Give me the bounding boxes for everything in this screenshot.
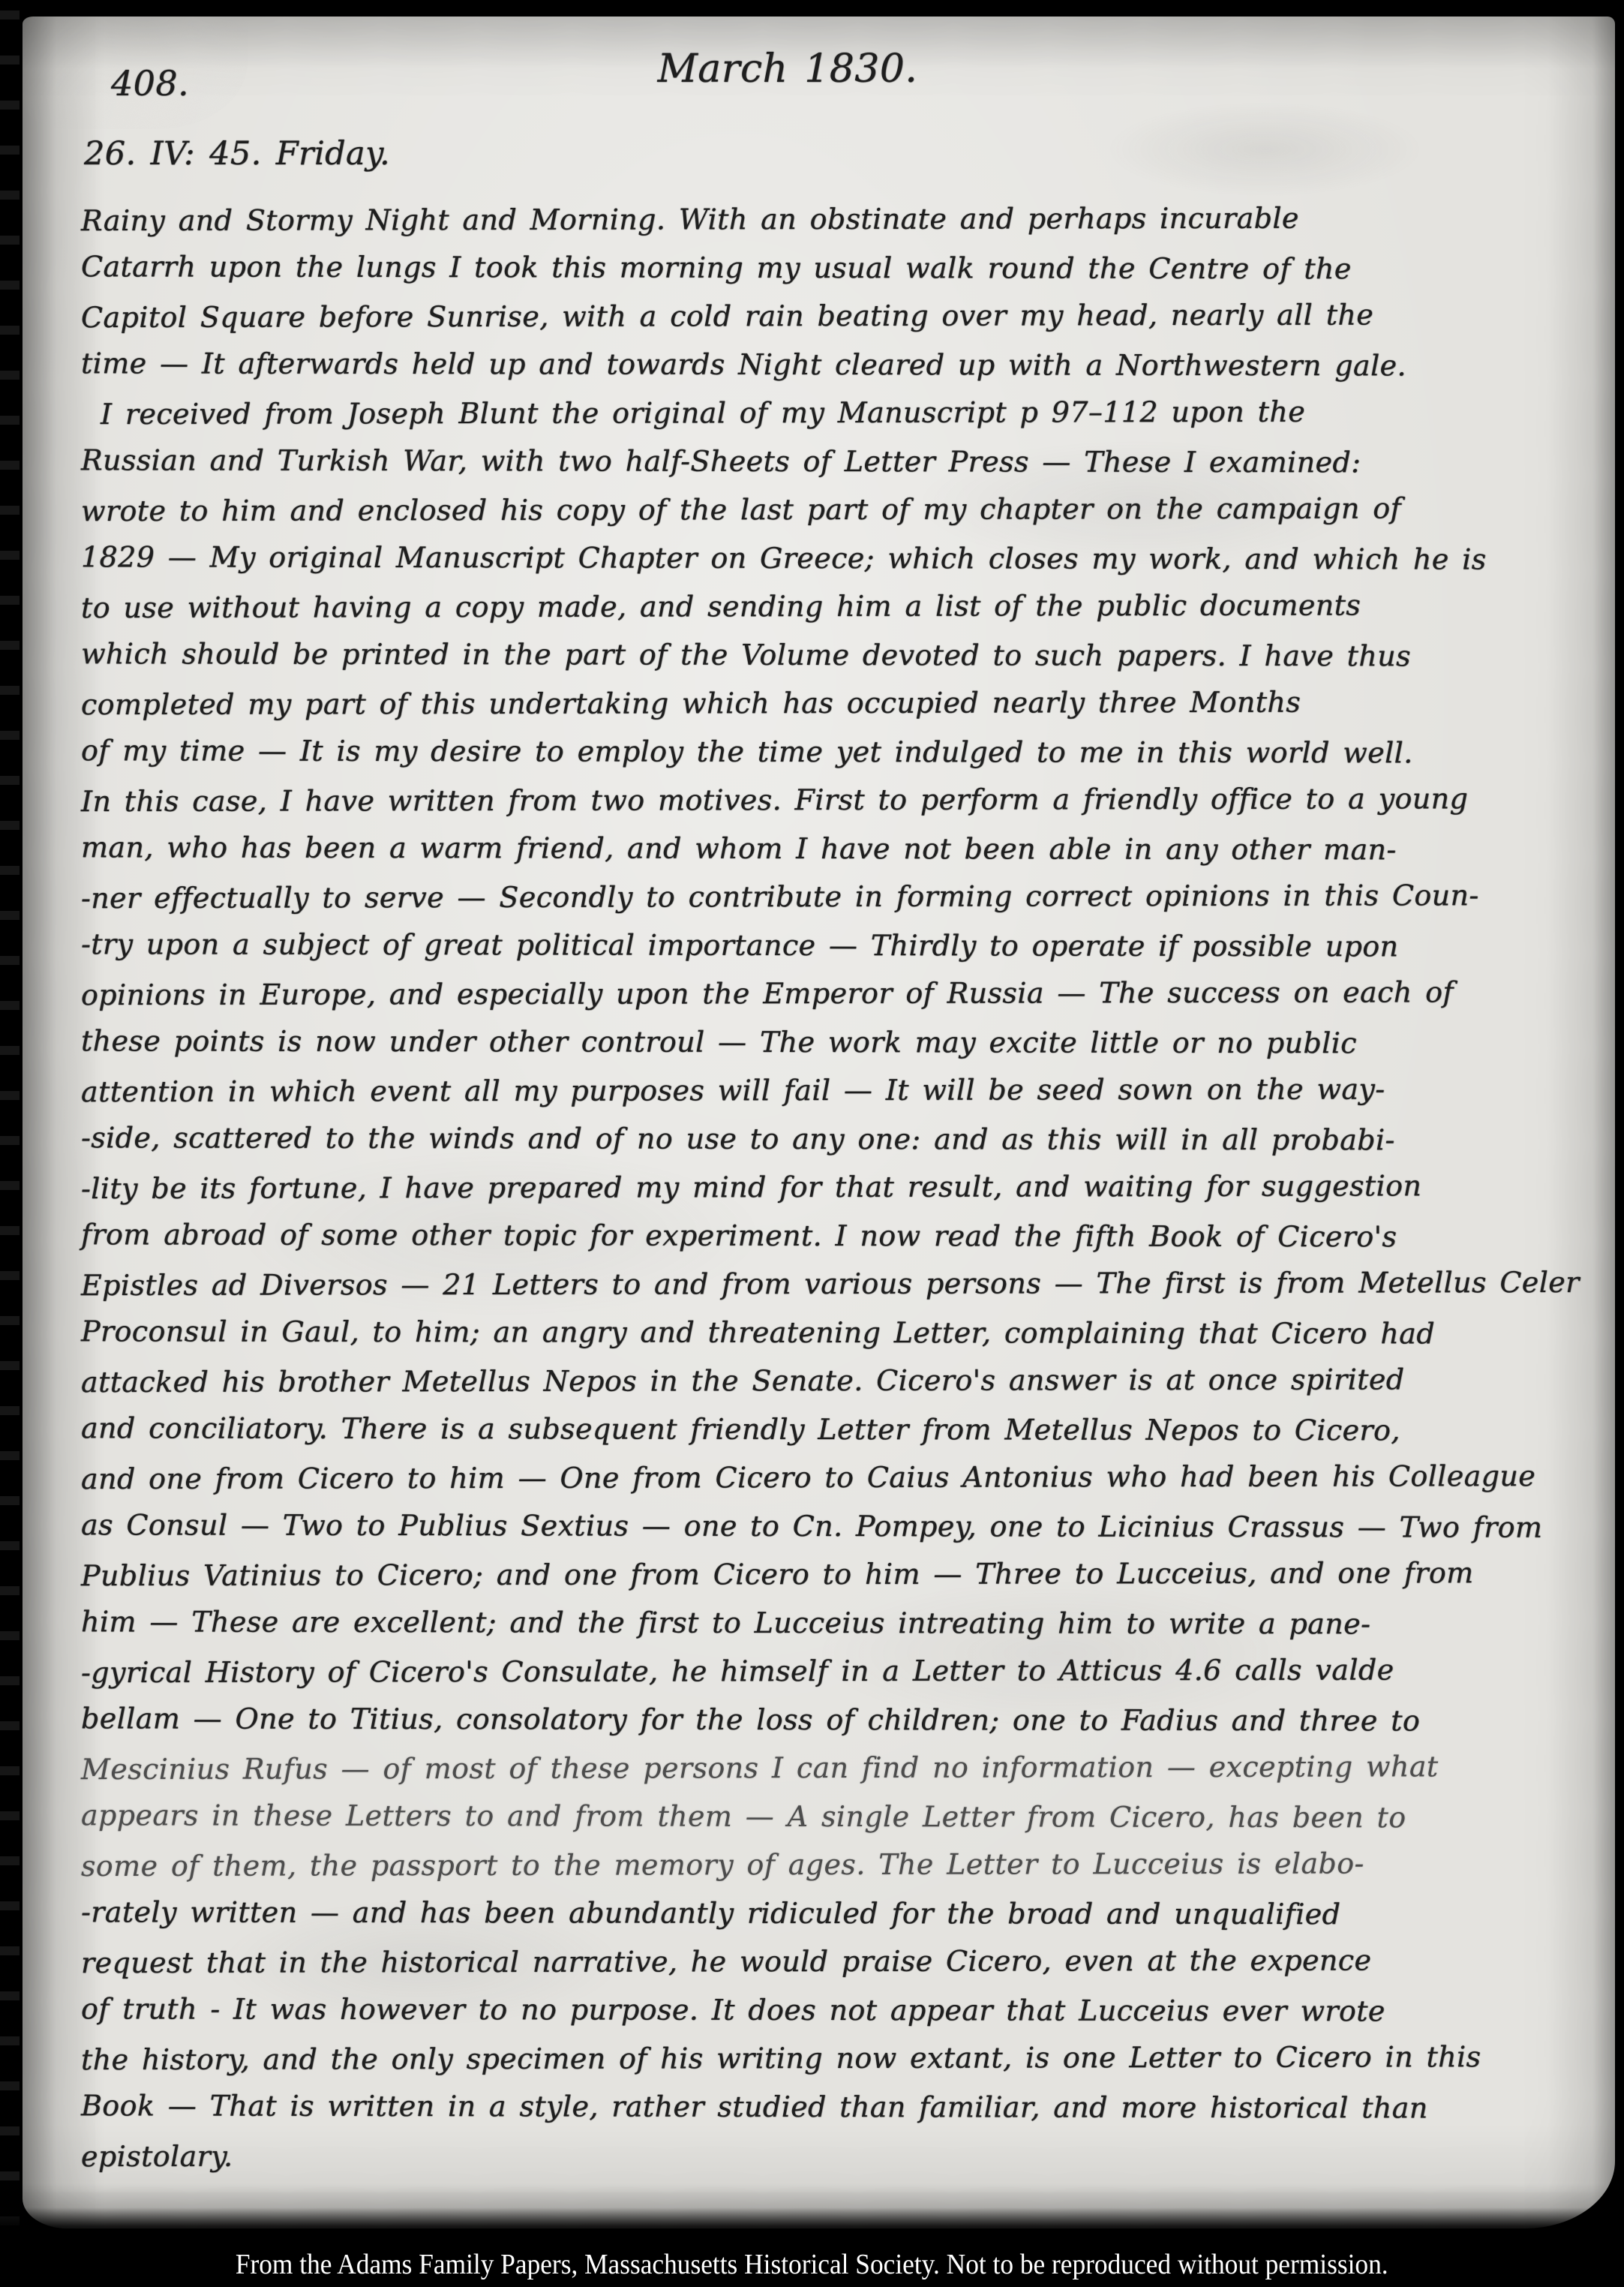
manuscript-line: epistolary. [81, 2129, 1579, 2181]
manuscript-line: opinions in Europe, and especially upon … [81, 968, 1579, 1020]
manuscript-line: Publius Vatinius to Cicero; and one from… [81, 1549, 1579, 1600]
manuscript-line: -ner effectually to serve — Secondly to … [81, 871, 1579, 923]
manuscript-line: -lity be its fortune, I have prepared my… [81, 1162, 1579, 1213]
manuscript-line: Epistles ad Diversos — 21 Letters to and… [81, 1258, 1579, 1310]
manuscript-line: to use without having a copy made, and s… [81, 581, 1579, 633]
manuscript-line: the history, and the only specimen of hi… [81, 2033, 1579, 2084]
credit-footer-bar: From the Adams Family Papers, Massachuse… [0, 2242, 1624, 2287]
manuscript-line: bellam — One to Titius, consolatory for … [81, 1694, 1579, 1745]
manuscript-line: Capitol Square before Sunrise, with a co… [81, 290, 1579, 342]
manuscript-line: wrote to him and enclosed his copy of th… [81, 484, 1579, 536]
manuscript-line: as Consul — Two to Publius Sextius — one… [81, 1501, 1579, 1552]
manuscript-line: Book — That is written in a style, rathe… [81, 2081, 1579, 2132]
manuscript-line: of truth - It was however to no purpose.… [81, 1985, 1579, 2036]
manuscript-line: and conciliatory. There is a subsequent … [81, 1404, 1579, 1455]
manuscript-line: completed my part of this undertaking wh… [81, 678, 1579, 729]
manuscript-line: appears in these Letters to and from the… [81, 1791, 1579, 1842]
manuscript-line: attacked his brother Metellus Nepos in t… [81, 1355, 1579, 1407]
manuscript-line: of my time — It is my desire to employ t… [81, 726, 1579, 777]
scanned-manuscript-page: 408. March 1830. 26. IV: 45. Friday. Rai… [0, 0, 1624, 2287]
entry-date-line: 26. IV: 45. Friday. [84, 135, 390, 173]
credit-footer-text: From the Adams Family Papers, Massachuse… [236, 2248, 1388, 2281]
manuscript-line: I received from Joseph Blunt the origina… [81, 387, 1579, 439]
manuscript-line: Rainy and Stormy Night and Morning. With… [81, 194, 1579, 245]
manuscript-line: In this case, I have written from two mo… [81, 774, 1579, 826]
page-number: 408. [111, 63, 189, 104]
manuscript-line: Proconsul in Gaul, to him; an angry and … [81, 1307, 1579, 1358]
manuscript-body-text: Rainy and Stormy Night and Morning. With… [81, 195, 1579, 2180]
manuscript-line: him — These are excellent; and the first… [81, 1597, 1579, 1648]
manuscript-line: from abroad of some other topic for expe… [81, 1210, 1579, 1261]
manuscript-line: -side, scattered to the winds and of no … [81, 1113, 1579, 1165]
manuscript-line: Mescinius Rufus — of most of these perso… [81, 1742, 1579, 1794]
manuscript-line: time — It afterwards held up and towards… [81, 339, 1579, 390]
month-year-heading: March 1830. [658, 47, 918, 92]
manuscript-line: request that in the historical narrative… [81, 1936, 1579, 1988]
manuscript-line: attention in which event all my purposes… [81, 1065, 1579, 1116]
manuscript-line: which should be printed in the part of t… [81, 630, 1579, 681]
manuscript-line: -rately written — and has been abundantl… [81, 1888, 1579, 1939]
manuscript-line: 1829 — My original Manuscript Chapter on… [81, 533, 1579, 584]
manuscript-line: these points is now under other controul… [81, 1017, 1579, 1068]
manuscript-line: some of them, the passport to the memory… [81, 1839, 1579, 1891]
manuscript-line: Russian and Turkish War, with two half-S… [81, 436, 1579, 487]
manuscript-line: Catarrh upon the lungs I took this morni… [81, 242, 1579, 293]
book-spine-edge [0, 0, 20, 2287]
manuscript-line: -gyrical History of Cicero's Consulate, … [81, 1645, 1579, 1697]
manuscript-line: man, who has been a warm friend, and who… [81, 823, 1579, 874]
manuscript-line: and one from Cicero to him — One from Ci… [81, 1452, 1579, 1504]
page-bottom-shadow [0, 2207, 1624, 2242]
manuscript-line: -try upon a subject of great political i… [81, 920, 1579, 971]
manuscript-paper: 408. March 1830. 26. IV: 45. Friday. Rai… [23, 17, 1615, 2228]
